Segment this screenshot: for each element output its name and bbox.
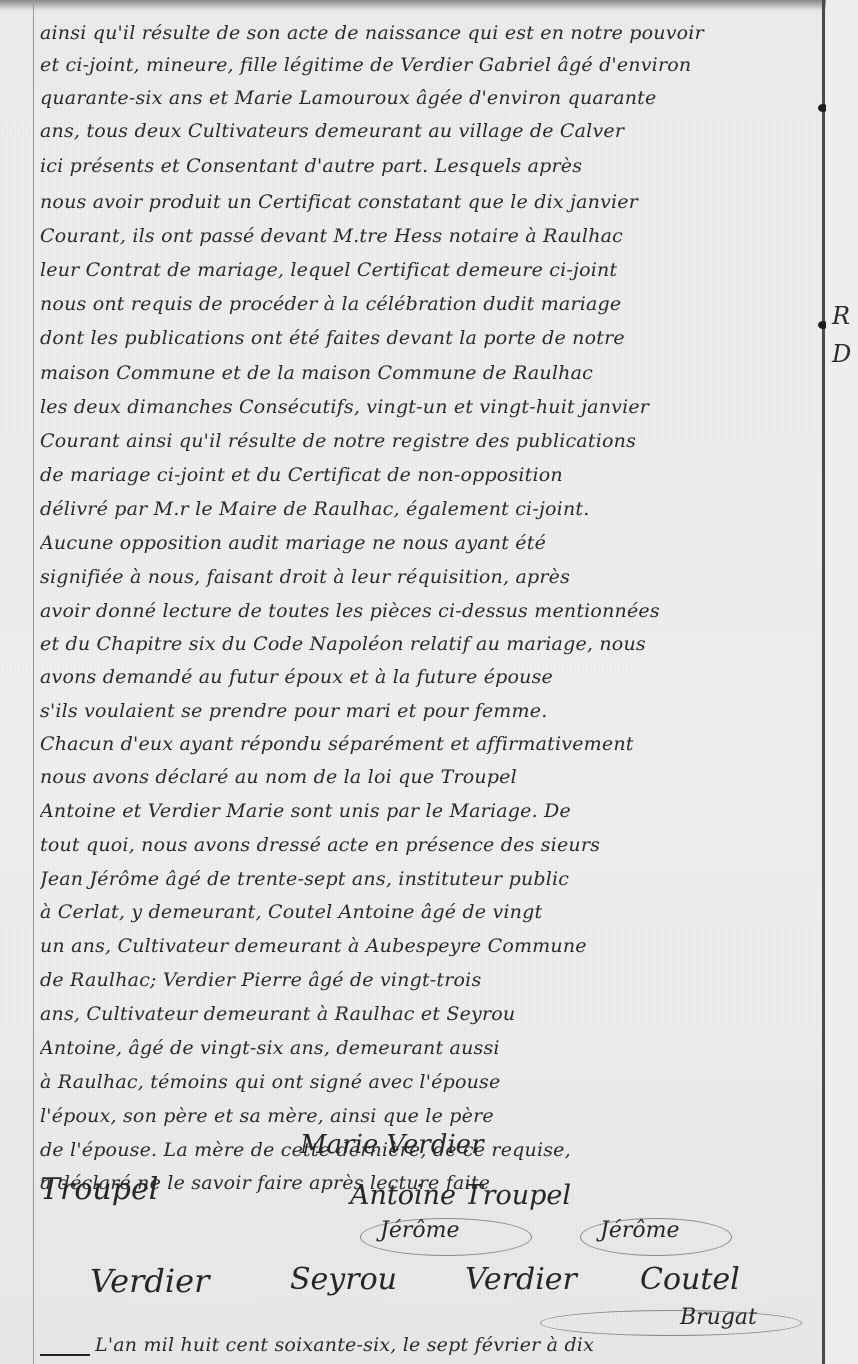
text-line: signifiée à nous, faisant droit à leur r… [40, 566, 820, 588]
text-line: Courant ainsi qu'il résulte de notre reg… [40, 430, 820, 452]
text-line: de mariage ci-joint et du Certificat de … [40, 464, 820, 486]
text-line: nous avoir produit un Certificat constat… [40, 191, 820, 213]
text-line: de Raulhac; Verdier Pierre âgé de vingt-… [40, 969, 820, 991]
text-line: les deux dimanches Consécutifs, vingt-un… [40, 396, 820, 418]
signature-flourish [540, 1310, 802, 1336]
text-line: avoir donné lecture de toutes les pièces… [40, 600, 820, 622]
text-line: ans, tous deux Cultivateurs demeurant au… [40, 120, 820, 142]
text-line: maison Commune et de la maison Commune d… [40, 362, 820, 384]
signature: Troupel [40, 1172, 158, 1207]
signature: Seyrou [290, 1262, 397, 1297]
left-margin-rule [33, 0, 34, 1364]
signature: Verdier [465, 1262, 577, 1297]
text-line: Chacun d'eux ayant répondu séparément et… [40, 733, 820, 755]
text-line: un ans, Cultivateur demeurant à Aubespey… [40, 935, 820, 957]
scan-top-shadow [0, 0, 858, 10]
signature: Coutel [640, 1262, 740, 1297]
text-line: nous avons déclaré au nom de la loi que … [40, 766, 820, 788]
text-line: nous ont requis de procéder à la célébra… [40, 293, 820, 315]
text-line: à Cerlat, y demeurant, Coutel Antoine âg… [40, 901, 820, 923]
right-margin-rule [822, 0, 825, 1364]
margin-fragment: D [832, 340, 851, 368]
margin-fragment: R [832, 302, 850, 330]
text-line: Aucune opposition audit mariage ne nous … [40, 532, 820, 554]
signature: Verdier [90, 1262, 209, 1300]
text-line: à Raulhac, témoins qui ont signé avec l'… [40, 1071, 820, 1093]
text-line: ainsi qu'il résulte de son acte de naiss… [40, 22, 820, 44]
text-line: quarante-six ans et Marie Lamouroux âgée… [40, 87, 820, 109]
document-page: R D ainsi qu'il résulte de son acte de n… [0, 0, 858, 1364]
text-line: Antoine, âgé de vingt-six ans, demeurant… [40, 1037, 820, 1059]
text-line: tout quoi, nous avons dressé acte en pré… [40, 834, 820, 856]
text-line: Courant, ils ont passé devant M.tre Hess… [40, 225, 820, 247]
next-act-line: L'an mil huit cent soixante-six, le sept… [95, 1334, 820, 1356]
text-line: dont les publications ont été faites dev… [40, 327, 820, 349]
text-line: ans, Cultivateur demeurant à Raulhac et … [40, 1003, 820, 1025]
signature-flourish [580, 1218, 732, 1256]
text-line: et ci-joint, mineure, fille légitime de … [40, 54, 820, 76]
text-line: ici présents et Consentant d'autre part.… [40, 155, 820, 177]
section-dash [40, 1354, 90, 1356]
signature: Marie Verdier [300, 1130, 484, 1160]
text-line: s'ils voulaient se prendre pour mari et … [40, 700, 820, 722]
text-line: leur Contrat de mariage, lequel Certific… [40, 259, 820, 281]
text-line: avons demandé au futur époux et à la fut… [40, 666, 820, 688]
text-line: l'époux, son père et sa mère, ainsi que … [40, 1105, 820, 1127]
text-line: Antoine et Verdier Marie sont unis par l… [40, 800, 820, 822]
text-line: Jean Jérôme âgé de trente-sept ans, inst… [40, 868, 820, 890]
text-line: délivré par M.r le Maire de Raulhac, éga… [40, 498, 820, 520]
signature-flourish [360, 1218, 532, 1256]
signature: Antoine Troupel [350, 1180, 571, 1211]
adjacent-page-margin: R D [826, 0, 858, 1364]
text-line: et du Chapitre six du Code Napoléon rela… [40, 633, 820, 655]
